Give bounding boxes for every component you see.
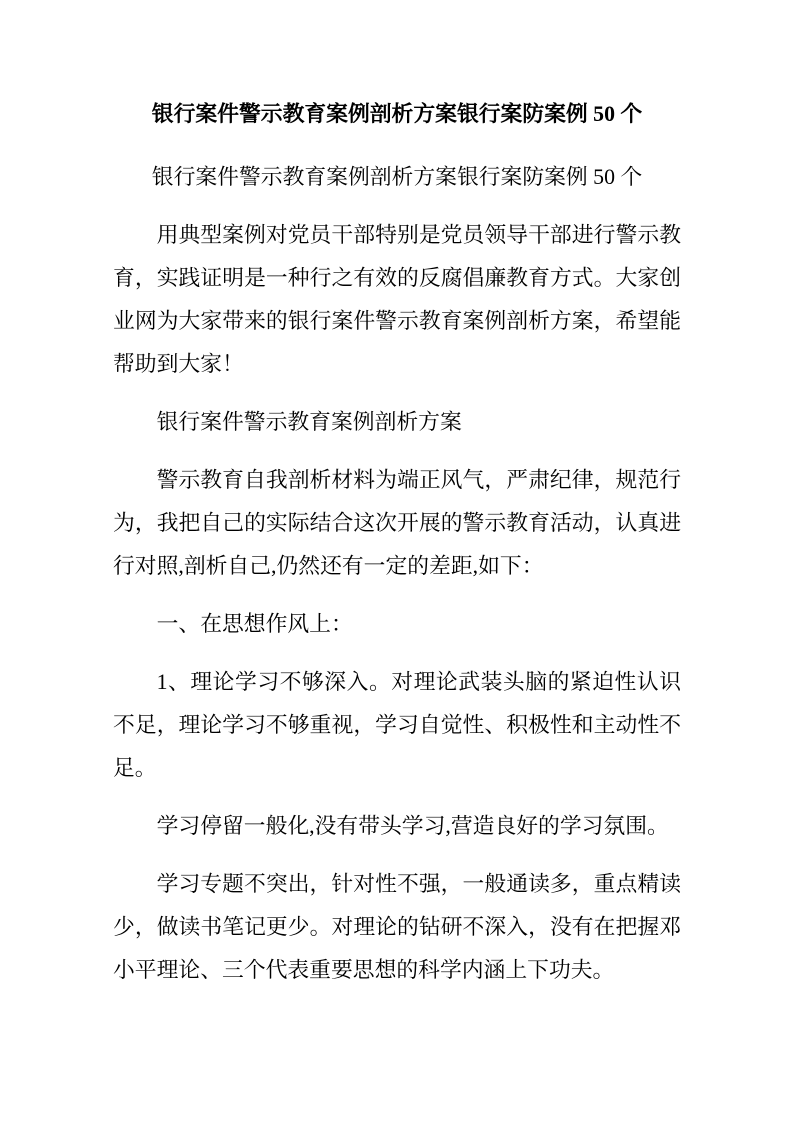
document-subtitle: 银行案件警示教育案例剖析方案银行案防案例 50 个 [113, 156, 681, 199]
study-topics-paragraph: 学习专题不突出，针对性不强，一般通读多，重点精读少，做读书笔记更少。对理论的钻研… [113, 863, 681, 992]
study-general-paragraph: 学习停留一般化,没有带头学习,营造良好的学习氛围。 [113, 805, 681, 848]
list-item-1-paragraph: 1、理论学习不够深入。对理论武装头脑的紧迫性认识不足，理论学习不够重视，学习自觉… [113, 661, 681, 790]
document-title: 银行案件警示教育案例剖析方案银行案防案例 50 个 [113, 93, 681, 136]
document-page: 银行案件警示教育案例剖析方案银行案防案例 50 个 银行案件警示教育案例剖析方案… [0, 0, 793, 1122]
section-heading: 银行案件警示教育案例剖析方案 [113, 401, 681, 444]
intro-paragraph: 用典型案例对党员干部特别是党员领导干部进行警示教育，实践证明是一种行之有效的反腐… [113, 214, 681, 386]
list-heading-one: 一、在思想作风上： [113, 603, 681, 646]
self-analysis-paragraph: 警示教育自我剖析材料为端正风气，严肃纪律，规范行为，我把自己的实际结合这次开展的… [113, 459, 681, 588]
